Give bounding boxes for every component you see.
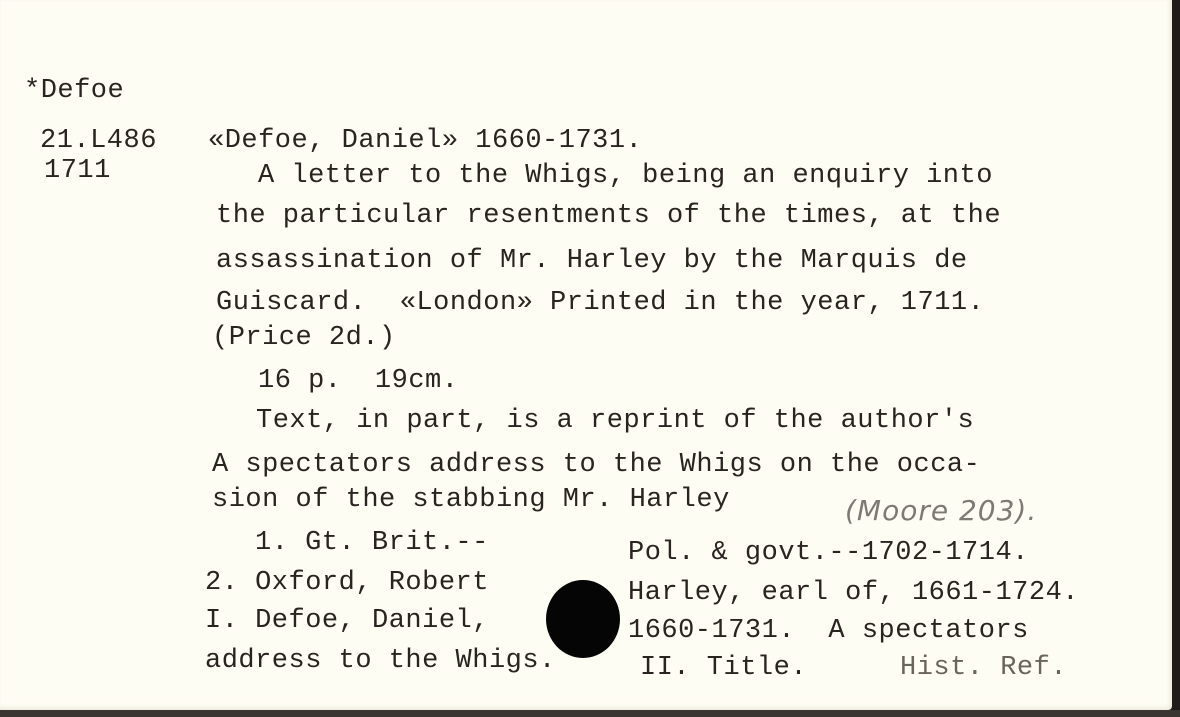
heading: *Defoe	[24, 78, 124, 105]
tracing-1-left: 1. Gt. Brit.--	[255, 530, 489, 557]
title-line-5: (Price 2d.)	[212, 325, 396, 352]
tracing-3-left: I. Defoe, Daniel,	[205, 608, 489, 635]
card-bottom-shadow	[0, 710, 1180, 717]
note-line-3: sion of the stabbing Mr. Harley	[212, 487, 730, 514]
tracing-4-left: address to the Whigs.	[205, 648, 556, 675]
tracing-1-right: Pol. & govt.--1702-1714.	[628, 540, 1029, 567]
title-line-3: assassination of Mr. Harley by the Marqu…	[216, 248, 968, 275]
collation: 16 p. 19cm.	[258, 368, 458, 395]
catalog-card: *Defoe 21.L486 1711 «Defoe, Daniel» 1660…	[0, 0, 1172, 710]
tracing-4-right: II. Title.	[640, 655, 807, 682]
note-line-1: Text, in part, is a reprint of the autho…	[256, 408, 974, 435]
tracing-2-right: Harley, earl of, 1661-1724.	[628, 580, 1079, 607]
note-line-2: A spectators address to the Whigs on the…	[212, 452, 980, 479]
main-entry: «Defoe, Daniel» 1660-1731.	[208, 128, 642, 155]
hist-ref-stamp: Hist. Ref.	[900, 655, 1067, 682]
tracing-2-left: 2. Oxford, Robert	[205, 570, 489, 597]
card-edge-shadow	[1172, 0, 1180, 717]
title-line-2: the particular resentments of the times,…	[216, 203, 1001, 230]
handwritten-note: (Moore 203).	[845, 497, 1037, 525]
tracing-3-right: 1660-1731. A spectators	[628, 618, 1029, 645]
call-number-line-2: 1711	[44, 158, 111, 185]
call-number-line-1: 21.L486	[40, 128, 157, 155]
punch-hole	[546, 580, 620, 658]
title-line-4: Guiscard. «London» Printed in the year, …	[216, 290, 984, 317]
title-line-1: A letter to the Whigs, being an enquiry …	[258, 163, 993, 190]
